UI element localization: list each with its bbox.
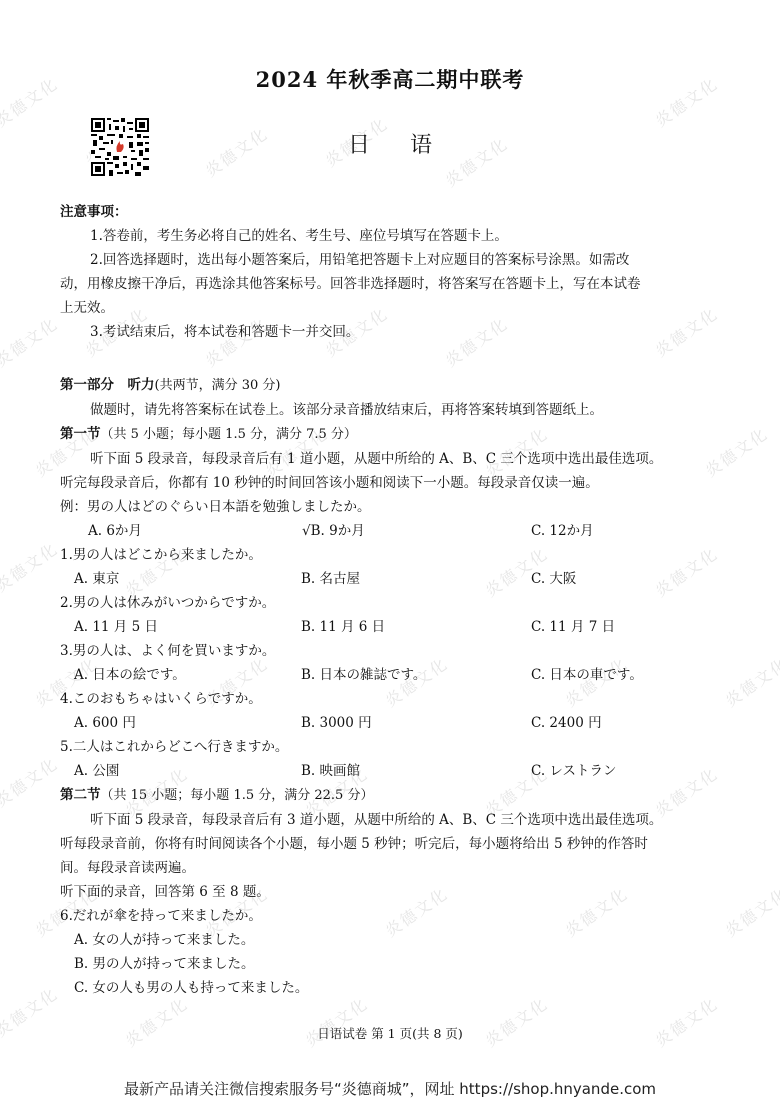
section2-instruction: 听每段录音前，你将有时间阅读各个小题，每小题 5 秒钟；听完后，每小题将给出 5… — [60, 832, 720, 856]
question-6: 6.だれが傘を持って来ましたか。 — [60, 904, 720, 928]
option-c[interactable]: C. 2400 円 — [531, 711, 602, 735]
notice-section: 注意事项： 1.答卷前，考生务必将自己的姓名、考生号、座位号填写在答题卡上。 2… — [60, 200, 720, 344]
option-c[interactable]: C. 女の人も男の人も持って来ました。 — [60, 976, 720, 1000]
option-b-checked[interactable]: √B. 9か月 — [302, 519, 365, 543]
option-b[interactable]: B. 男の人が持って来ました。 — [60, 952, 720, 976]
section1-heading: 第一节 — [60, 426, 101, 442]
question-1-options: A. 東京 B. 名古屋 C. 大阪 — [60, 567, 720, 591]
example-question: 例：男の人はどのぐらい日本語を勉強しましたか。 — [60, 495, 720, 519]
option-c[interactable]: C. 大阪 — [531, 567, 576, 591]
notice-item: 3.考试结束后，将本试卷和答题卡一并交回。 — [60, 320, 720, 344]
option-b[interactable]: B. 11 月 6 日 — [301, 615, 385, 639]
option-b[interactable]: B. 3000 円 — [301, 711, 372, 735]
question-5: 5.二人はこれからどこへ行きますか。 — [60, 735, 720, 759]
exam-page: 2024 年秋季高二期中联考 日语 注意事项： 1.答卷前， — [0, 0, 780, 1104]
subject-char: 语 — [410, 128, 432, 159]
notice-item: 2.回答选择题时，选出每小题答案后，用铅笔把答题卡上对应题目的答案标号涂黑。如需… — [60, 248, 720, 272]
question-2: 2.男の人は休みがいつからですか。 — [60, 591, 720, 615]
question-4: 4.このおもちゃはいくらですか。 — [60, 687, 720, 711]
section2-heading: 第二节 — [60, 787, 101, 803]
part1-section: 第一部分 听力(共两节，满分 30 分) 做题时，请先将答案标在试卷上。该部分录… — [60, 373, 720, 1000]
option-c[interactable]: C. 日本の車です。 — [531, 663, 643, 687]
section2-instruction: 听下面 5 段录音，每段录音后有 3 道小题，从题中所给的 A、B、C 三个选项… — [60, 808, 720, 832]
option-a[interactable]: A. 公園 — [74, 759, 119, 783]
question-5-options: A. 公園 B. 映画館 C. レストラン — [60, 759, 720, 783]
exam-title: 2024 年秋季高二期中联考 — [0, 64, 780, 94]
question-4-options: A. 600 円 B. 3000 円 C. 2400 円 — [60, 711, 720, 735]
notice-item-cont: 上无效。 — [60, 296, 720, 320]
section2-instruction: 间。每段录音读两遍。 — [60, 856, 720, 880]
part1-instruction: 做题时，请先将答案标在试卷上。该部分录音播放结束后，再将答案转填到答题纸上。 — [60, 398, 720, 422]
question-3-options: A. 日本の絵です。 B. 日本の雑誌です。 C. 日本の車です。 — [60, 663, 720, 687]
notice-item-cont: 动，用橡皮擦干净后，再选涂其他答案标号。回答非选择题时，将答案写在答题卡上，写在… — [60, 272, 720, 296]
question-2-options: A. 11 月 5 日 B. 11 月 6 日 C. 11 月 7 日 — [60, 615, 720, 639]
notice-item: 1.答卷前，考生务必将自己的姓名、考生号、座位号填写在答题卡上。 — [60, 224, 720, 248]
option-c[interactable]: C. レストラン — [531, 759, 617, 783]
section1-heading-note: （共 5 小题；每小题 1.5 分，满分 7.5 分） — [101, 427, 357, 442]
question-3: 3.男の人は、よく何を買いますか。 — [60, 639, 720, 663]
option-a[interactable]: A. 日本の絵です。 — [74, 663, 186, 687]
option-b[interactable]: B. 日本の雑誌です。 — [301, 663, 426, 687]
example-options: A. 6か月 √B. 9か月 C. 12か月 — [60, 519, 720, 543]
section2-heading-note: （共 15 小题；每小题 1.5 分，满分 22.5 分） — [101, 788, 374, 803]
subject-title: 日语 — [0, 128, 780, 159]
notice-heading: 注意事项： — [60, 200, 720, 224]
subject-char: 日 — [348, 128, 370, 159]
part1-heading: 第一部分 听力 — [60, 377, 155, 393]
question-1: 1.男の人はどこから来ましたか。 — [60, 543, 720, 567]
part1-heading-note: (共两节，满分 30 分) — [155, 378, 281, 393]
option-a[interactable]: A. 11 月 5 日 — [74, 615, 158, 639]
option-c[interactable]: C. 11 月 7 日 — [531, 615, 615, 639]
option-b[interactable]: B. 映画館 — [301, 759, 360, 783]
section1-instruction: 听下面 5 段录音，每段录音后有 1 道小题，从题中所给的 A、B、C 三个选项… — [60, 447, 720, 471]
section1-instruction: 听完每段录音后，你都有 10 秒钟的时间回答该小题和阅读下一小题。每段录音仅读一… — [60, 471, 720, 495]
option-a[interactable]: A. 東京 — [74, 567, 119, 591]
option-b[interactable]: B. 名古屋 — [301, 567, 360, 591]
group-intro: 听下面的录音，回答第 6 至 8 题。 — [60, 880, 720, 904]
option-a[interactable]: A. 女の人が持って来ました。 — [60, 928, 720, 952]
page-number: 日语试卷 第 1 页(共 8 页) — [0, 1024, 780, 1042]
option-c[interactable]: C. 12か月 — [531, 519, 594, 543]
option-a[interactable]: A. 6か月 — [88, 519, 142, 543]
promo-footer: 最新产品请关注微信搜索服务号“炎德商城”，网址 https://shop.hny… — [0, 1078, 780, 1099]
option-a[interactable]: A. 600 円 — [74, 711, 136, 735]
